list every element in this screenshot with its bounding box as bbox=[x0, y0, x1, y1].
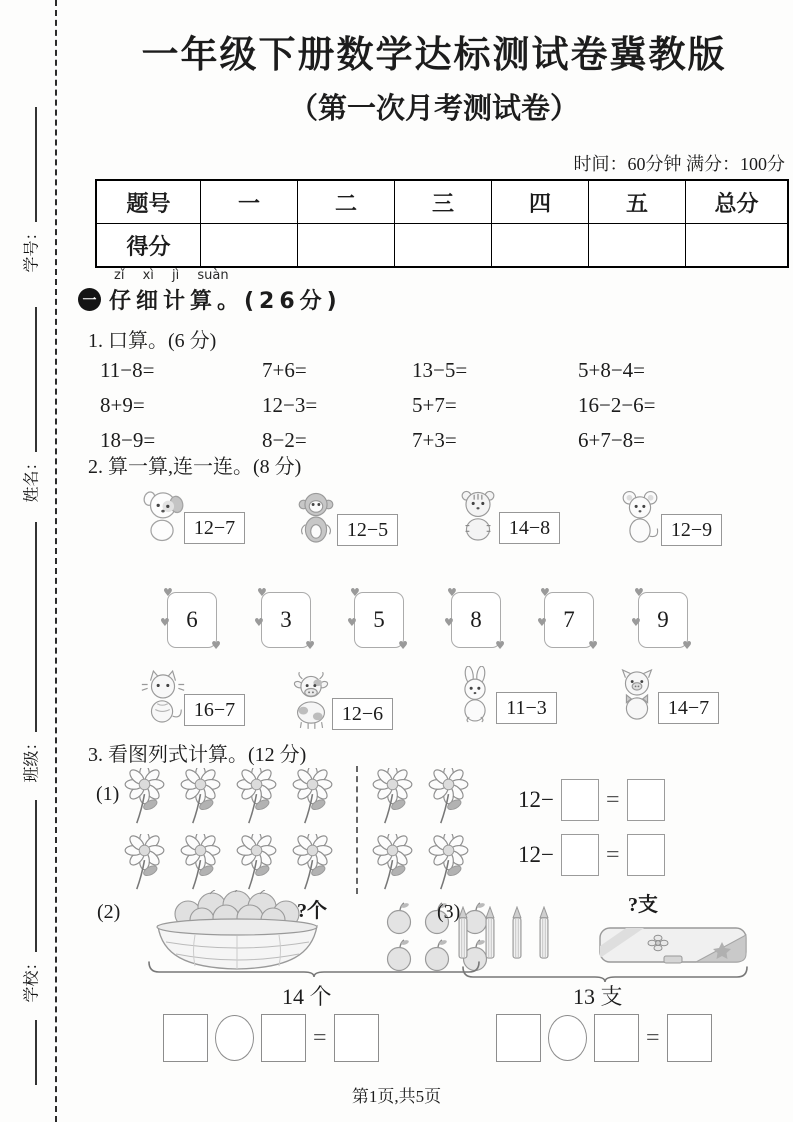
cow-icon bbox=[286, 672, 336, 730]
heart-icon: ♥ bbox=[495, 639, 505, 652]
match-item: 12−9 bbox=[615, 488, 722, 546]
score-cell[interactable] bbox=[395, 224, 492, 266]
card-number: 7 bbox=[563, 607, 575, 633]
answer-box[interactable] bbox=[667, 1014, 712, 1062]
flower-group-right bbox=[370, 768, 471, 892]
page-title: 一年级下册数学达标测试卷冀教版 bbox=[75, 24, 793, 78]
score-cell[interactable] bbox=[201, 224, 298, 266]
score-table: 题号 一 二 三 四 五 总分 得分 bbox=[95, 179, 789, 268]
part1-equations: 12− = 12− = bbox=[518, 779, 665, 876]
score-table-header: 四 bbox=[492, 181, 589, 223]
heart-icon: ♥ bbox=[398, 639, 408, 652]
number-card[interactable]: ♥♥♥ 7 bbox=[544, 592, 594, 648]
card-number: 9 bbox=[657, 607, 669, 633]
score-table-header: 五 bbox=[589, 181, 686, 223]
card-number: 8 bbox=[470, 607, 482, 633]
answer-box[interactable] bbox=[496, 1014, 541, 1062]
part2-number: (2) bbox=[97, 901, 120, 924]
math-problem: 11−8= bbox=[100, 353, 262, 388]
flower-icon bbox=[178, 834, 223, 892]
write-in-line[interactable] bbox=[35, 522, 37, 732]
card-number: 3 bbox=[280, 607, 292, 633]
write-in-line[interactable] bbox=[35, 1020, 37, 1085]
total-count-label: 13 支 bbox=[573, 980, 623, 1011]
pencil-icon bbox=[537, 906, 551, 963]
expression-card[interactable]: 14−7 bbox=[658, 692, 719, 724]
seal-label-name: 姓名： bbox=[19, 447, 42, 511]
unknown-count-label: ?支 bbox=[628, 888, 658, 917]
equation-row: 12− = bbox=[518, 779, 665, 821]
score-table-header: 二 bbox=[298, 181, 395, 223]
question3-label: 3. 看图列式计算。(12 分) bbox=[88, 738, 306, 767]
heart-icon: ♥ bbox=[588, 639, 598, 652]
score-row-label: 得分 bbox=[97, 224, 201, 266]
section-number-badge: 一 bbox=[78, 288, 101, 311]
operator-circle[interactable] bbox=[548, 1015, 587, 1061]
pencil-icon bbox=[456, 906, 470, 963]
expression-card[interactable]: 16−7 bbox=[184, 694, 245, 726]
number-card[interactable]: ♥♥♥ 3 bbox=[261, 592, 311, 648]
answer-box[interactable] bbox=[334, 1014, 379, 1062]
score-cell[interactable] bbox=[298, 224, 395, 266]
match-item: 16−7 bbox=[138, 668, 245, 726]
answer-box[interactable] bbox=[163, 1014, 208, 1062]
math-problem: 16−2−6= bbox=[578, 388, 778, 423]
pencil-group bbox=[456, 906, 551, 963]
number-sentence-template: = bbox=[496, 1014, 712, 1062]
operator-circle[interactable] bbox=[215, 1015, 254, 1061]
math-problem: 8+9= bbox=[100, 388, 262, 423]
number-card[interactable]: ♥♥♥ 6 bbox=[167, 592, 217, 648]
dog-icon bbox=[138, 486, 188, 544]
answer-box[interactable] bbox=[627, 834, 665, 876]
match-item: 14−8 bbox=[453, 486, 560, 544]
flower-icon bbox=[370, 834, 415, 892]
write-in-line[interactable] bbox=[35, 107, 37, 222]
equation-row: 12− = bbox=[518, 834, 665, 876]
heart-icon: ♥ bbox=[254, 616, 264, 629]
heart-icon: ♥ bbox=[444, 616, 454, 629]
answer-box[interactable] bbox=[627, 779, 665, 821]
write-in-line[interactable] bbox=[35, 307, 37, 452]
expression-card[interactable]: 12−7 bbox=[184, 512, 245, 544]
part1-number: (1) bbox=[96, 783, 119, 806]
match-item: 12−6 bbox=[286, 672, 393, 730]
pencil-icon bbox=[483, 906, 497, 963]
math-problem: 7+6= bbox=[262, 353, 412, 388]
expression-card[interactable]: 11−3 bbox=[496, 692, 557, 724]
heart-icon: ♥ bbox=[350, 586, 360, 599]
card-number: 6 bbox=[186, 607, 198, 633]
heart-icon: ♥ bbox=[682, 639, 692, 652]
equation-lhs: 12− bbox=[518, 787, 554, 813]
equals-sign: = bbox=[313, 1025, 327, 1052]
dashed-divider bbox=[356, 766, 358, 894]
number-card[interactable]: ♥♥♥ 5 bbox=[354, 592, 404, 648]
answer-box[interactable] bbox=[594, 1014, 639, 1062]
expression-card[interactable]: 12−9 bbox=[661, 514, 722, 546]
math-problem: 5+8−4= bbox=[578, 353, 778, 388]
unknown-count-label: ?个 bbox=[297, 894, 327, 923]
equals-sign: = bbox=[646, 1025, 660, 1052]
math-problem: 7+3= bbox=[412, 423, 578, 458]
expression-card[interactable]: 12−6 bbox=[332, 698, 393, 730]
mouse-icon bbox=[615, 488, 665, 546]
heart-icon: ♥ bbox=[631, 616, 641, 629]
flower-icon bbox=[426, 834, 471, 892]
equals-sign: = bbox=[606, 842, 620, 869]
expression-card[interactable]: 12−5 bbox=[337, 514, 398, 546]
answer-box[interactable] bbox=[561, 779, 599, 821]
match-item: 12−5 bbox=[291, 488, 398, 546]
heart-icon: ♥ bbox=[257, 586, 267, 599]
worksheet-page: 学号： 姓名： 班级： 学校： 一年级下册数学达标测试卷冀教版 （第一次月考测试… bbox=[0, 0, 793, 1122]
score-table-header: 一 bbox=[201, 181, 298, 223]
math-problem: 6+7−8= bbox=[578, 423, 778, 458]
under-brace bbox=[148, 961, 480, 979]
number-card[interactable]: ♥♥♥ 8 bbox=[451, 592, 501, 648]
page-subtitle: （第一次月考测试卷） bbox=[75, 86, 793, 127]
equation-lhs: 12− bbox=[518, 842, 554, 868]
seal-label-student-id: 学号： bbox=[19, 217, 42, 281]
heart-icon: ♥ bbox=[537, 616, 547, 629]
score-table-header: 三 bbox=[395, 181, 492, 223]
question2-label: 2. 算一算,连一连。(8 分) bbox=[88, 450, 301, 479]
math-problem: 13−5= bbox=[412, 353, 578, 388]
heart-icon: ♥ bbox=[305, 639, 315, 652]
time-score-info: 时间：60分钟 满分：100分 bbox=[574, 150, 786, 176]
number-card[interactable]: ♥♥♥ 9 bbox=[638, 592, 688, 648]
oral-calculation-grid: 11−8= 7+6= 13−5= 5+8−4= 8+9= 12−3= 5+7= … bbox=[100, 353, 778, 458]
flower-icon bbox=[370, 768, 415, 826]
rabbit-icon bbox=[450, 666, 500, 724]
number-sentence-template: = bbox=[163, 1014, 379, 1062]
pencil-icon bbox=[510, 906, 524, 963]
equals-sign: = bbox=[606, 787, 620, 814]
section-title: 仔细计算。(26分) bbox=[109, 284, 342, 315]
heart-icon: ♥ bbox=[347, 616, 357, 629]
flower-icon bbox=[290, 834, 335, 892]
answer-box[interactable] bbox=[261, 1014, 306, 1062]
flower-icon bbox=[234, 834, 279, 892]
section-one-heading: 一 仔细计算。(26分) bbox=[78, 284, 342, 315]
score-cell[interactable] bbox=[492, 224, 589, 266]
heart-icon: ♥ bbox=[447, 586, 457, 599]
seal-dashed-line bbox=[55, 0, 57, 1122]
write-in-line[interactable] bbox=[35, 800, 37, 952]
pinyin-annotation: zǐ xì jì suàn bbox=[114, 268, 229, 283]
total-count-label: 14 个 bbox=[282, 980, 332, 1011]
flower-icon bbox=[290, 768, 335, 826]
flower-icon bbox=[122, 834, 167, 892]
apple-icon bbox=[383, 901, 416, 935]
score-table-header: 总分 bbox=[686, 181, 787, 223]
seal-label-class: 班级： bbox=[19, 727, 42, 791]
match-item: 11−3 bbox=[450, 666, 557, 724]
match-item: 12−7 bbox=[138, 486, 245, 544]
tiger-icon bbox=[453, 486, 503, 544]
flower-icon bbox=[178, 768, 223, 826]
heart-icon: ♥ bbox=[634, 586, 644, 599]
heart-icon: ♥ bbox=[540, 586, 550, 599]
flower-icon bbox=[426, 768, 471, 826]
seal-label-school: 学校： bbox=[19, 947, 42, 1011]
score-cell[interactable] bbox=[686, 224, 787, 266]
page-footer: 第1页,共5页 bbox=[0, 1082, 793, 1107]
match-item: 14−7 bbox=[612, 666, 719, 724]
pencil-case-icon bbox=[598, 918, 748, 968]
pig-icon bbox=[612, 666, 662, 724]
question1-label: 1. 口算。(6 分) bbox=[88, 324, 216, 353]
heart-icon: ♥ bbox=[160, 616, 170, 629]
score-table-header: 题号 bbox=[97, 181, 201, 223]
monkey-icon bbox=[291, 488, 341, 546]
expression-card[interactable]: 14−8 bbox=[499, 512, 560, 544]
answer-box[interactable] bbox=[561, 834, 599, 876]
math-problem: 5+7= bbox=[412, 388, 578, 423]
heart-icon: ♥ bbox=[163, 586, 173, 599]
math-problem: 12−3= bbox=[262, 388, 412, 423]
heart-icon: ♥ bbox=[211, 639, 221, 652]
cat-icon bbox=[138, 668, 188, 726]
score-cell[interactable] bbox=[589, 224, 686, 266]
card-number: 5 bbox=[373, 607, 385, 633]
flower-icon bbox=[122, 768, 167, 826]
flower-icon bbox=[234, 768, 279, 826]
flower-group-left bbox=[122, 768, 335, 892]
